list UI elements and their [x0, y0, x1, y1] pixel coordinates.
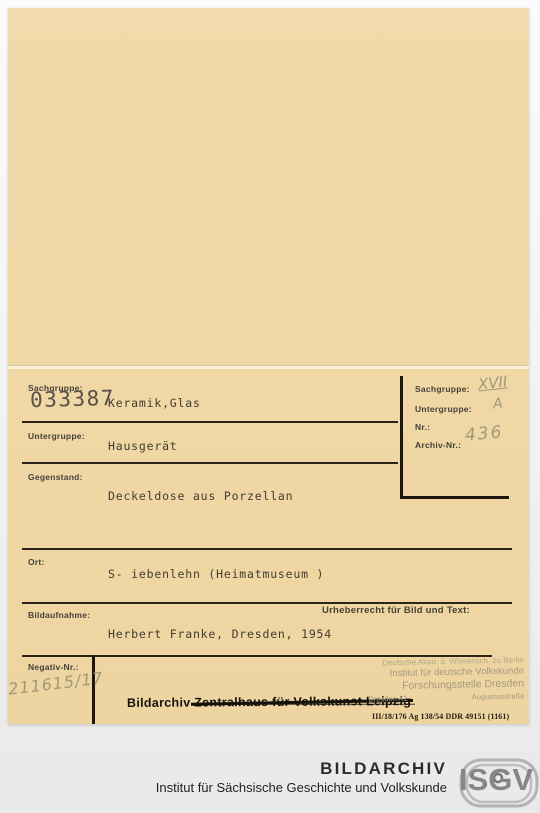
print-code: III/18/176 Ag 138/54 DDR 49151 (1161): [372, 712, 522, 721]
box-archiv-nr-label: Archiv-Nr.:: [415, 440, 461, 450]
negativ-nr-label: Negativ-Nr.:: [28, 662, 79, 672]
box-untergruppe-label: Untergruppe:: [415, 404, 472, 414]
divider-rule: [22, 548, 512, 550]
sachgruppe-number-stamp: 033387: [30, 386, 115, 412]
divider-rule: [22, 421, 398, 423]
box-untergruppe-pencil-value: A: [492, 396, 503, 413]
ort-value: S- iebenlehn (Heimatmuseum ): [108, 567, 324, 581]
akademie-stamp-city: Dresden A1: [368, 694, 407, 704]
footer-subtitle: Institut für Sächsische Geschichte und V…: [156, 780, 447, 795]
akademie-stamp-line4: Dresden A1 Augustusstraße: [368, 691, 524, 704]
akademie-stamp-street: Augustusstraße: [472, 691, 525, 701]
bildaufnahme-label: Bildaufnahme:: [28, 610, 90, 620]
fold-crease: [8, 365, 529, 369]
sachgruppe-value: Keramik,Glas: [108, 396, 201, 410]
box-sachgruppe-pencil-value: XVII: [477, 373, 508, 394]
isgv-logo: ISGV: [451, 754, 540, 810]
gegenstand-value: Deckeldose aus Porzellan: [108, 489, 293, 503]
divider-rule: [22, 602, 512, 604]
box-sachgruppe-label: Sachgruppe:: [415, 384, 470, 394]
untergruppe-label: Untergruppe:: [28, 431, 85, 441]
box-archiv-nr-pencil-value: 436: [464, 422, 504, 445]
divider-rule-vertical: [92, 655, 95, 724]
negativ-nr-pencil-value: 211615/17: [7, 668, 104, 699]
bildaufnahme-value: Herbert Franke, Dresden, 1954: [108, 627, 332, 641]
divider-rule: [22, 462, 398, 464]
logo-text: ISGV: [459, 762, 533, 797]
box-nr-label: Nr.:: [415, 422, 430, 432]
gegenstand-label: Gegenstand:: [28, 472, 83, 482]
classification-box: Sachgruppe: Untergruppe: Nr.: Archiv-Nr.…: [400, 376, 509, 499]
untergruppe-value: Hausgerät: [108, 439, 178, 453]
akademie-stamp: Deutsche Akad. d. Wissensch. zu Berlin I…: [368, 655, 525, 704]
archive-index-card: Sachgruppe: 033387 Keramik,Glas Untergru…: [8, 8, 529, 724]
footer-title: BILDARCHIV: [320, 759, 447, 779]
bildarchiv-stamp-prefix: Bildarchiv: [127, 696, 194, 710]
ort-label: Ort:: [28, 557, 45, 567]
urheberrecht-label: Urheberrecht für Bild und Text:: [322, 605, 470, 616]
